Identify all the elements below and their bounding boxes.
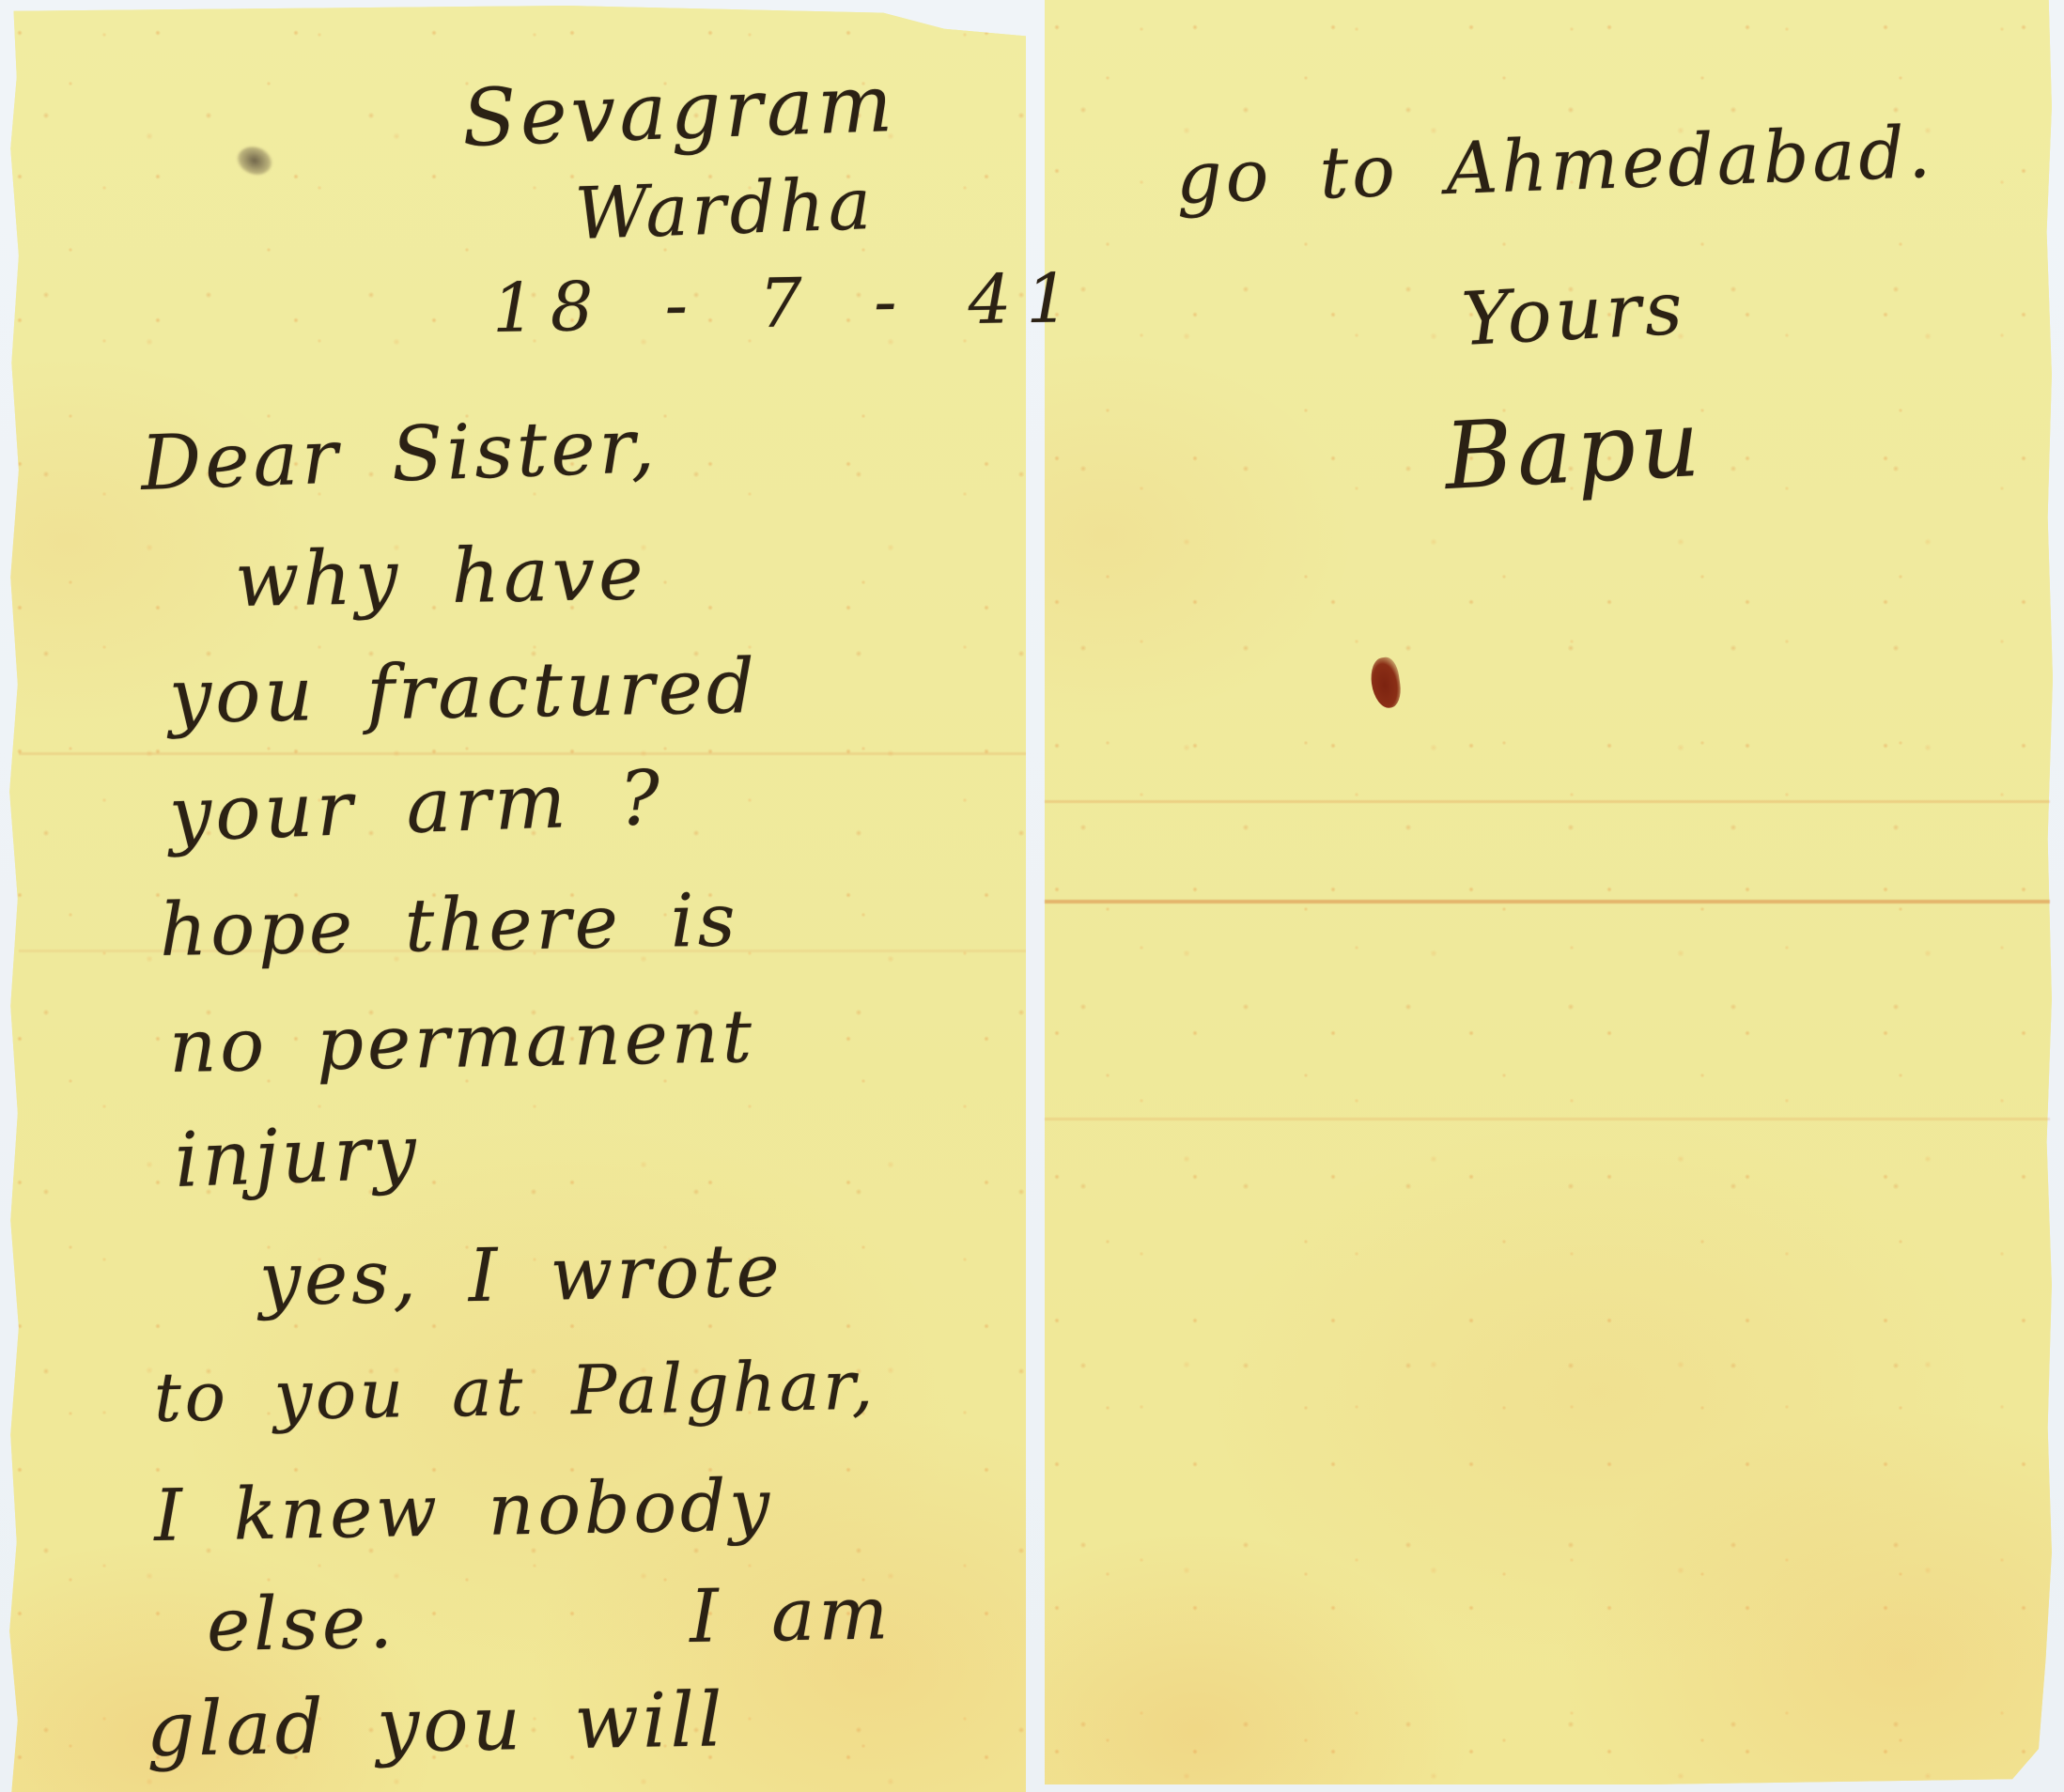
letterhead-city: Wardha — [574, 168, 876, 250]
letterhead-date: 18 - 7 - 41 — [491, 264, 1084, 342]
page-right — [1045, 0, 2053, 1784]
fold-crease — [19, 752, 1032, 755]
body-line: injury — [174, 1115, 422, 1198]
body-line: your arm ? — [168, 761, 665, 853]
body-line: why have — [234, 535, 647, 618]
signature-line: Bapu — [1442, 398, 1706, 503]
body-line: to you at Palghar, — [153, 1352, 877, 1431]
fold-crease — [1045, 800, 2050, 803]
letter-scan: Sevagram Wardha 18 - 7 - 41 Dear Sister,… — [0, 0, 2064, 1792]
body-line: I knew nobody — [153, 1470, 773, 1552]
salutation-line: Dear Sister, — [140, 409, 660, 502]
closing-line: Yours — [1460, 272, 1687, 357]
fold-crease — [1045, 900, 2050, 904]
body-line: you fractured — [168, 649, 758, 734]
body-line: else. I am — [206, 1577, 892, 1662]
body-line: no permanent — [168, 1000, 755, 1084]
fold-crease — [1045, 1118, 2050, 1120]
letterhead-place: Sevagram — [461, 64, 898, 158]
body-line: hope there is — [159, 884, 739, 967]
body-line: yes, I wrote — [258, 1234, 784, 1317]
body-line: glad you will — [146, 1682, 726, 1768]
smudge-mark — [233, 141, 277, 181]
